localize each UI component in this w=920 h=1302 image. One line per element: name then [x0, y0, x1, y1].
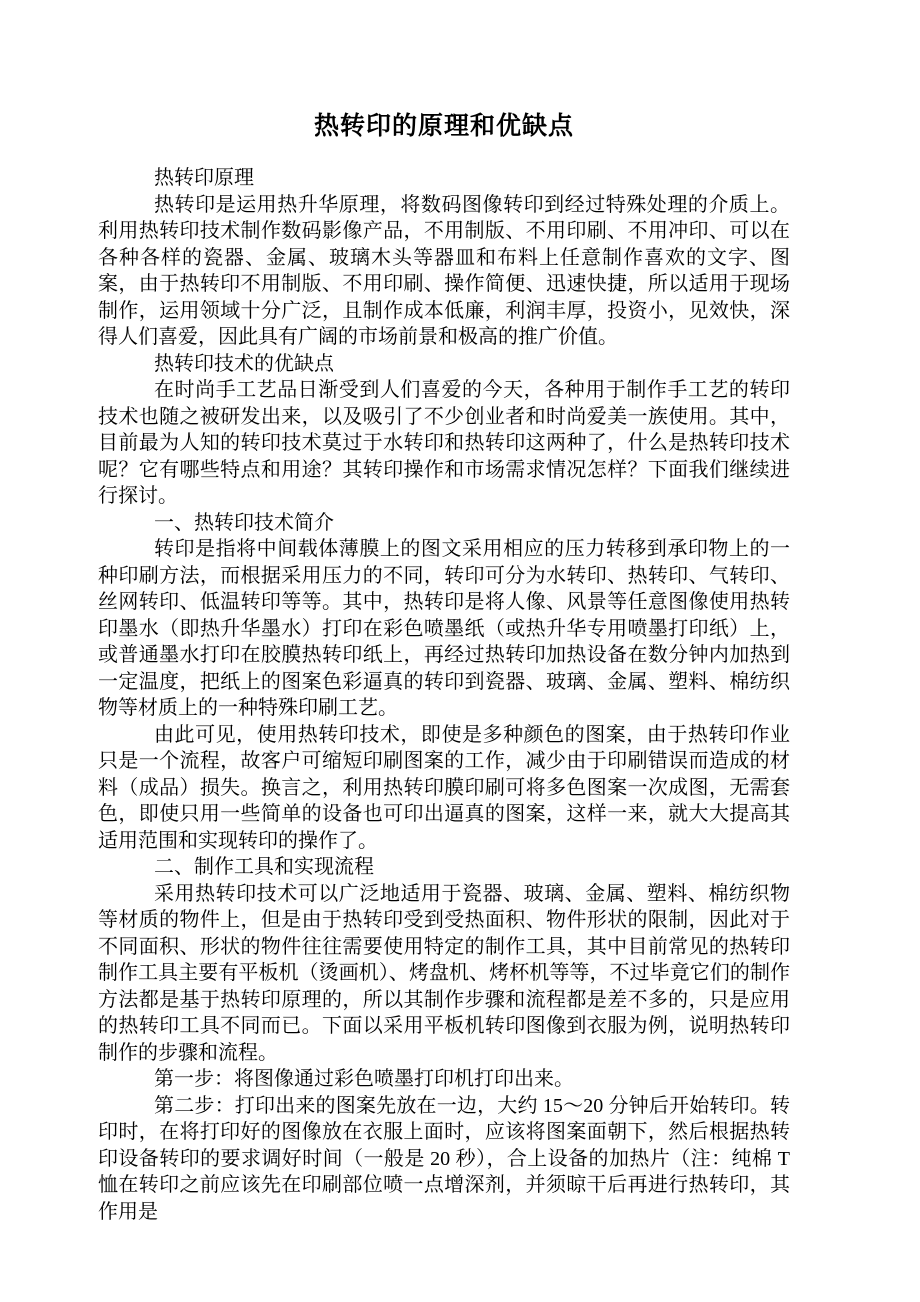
document-body: 热转印原理 热转印是运用热升华原理，将数码图像转印到经过特殊处理的介质上。利用热… [98, 165, 790, 1225]
paragraph-step: 第一步：将图像通过彩色喷墨打印机打印出来。 [98, 1066, 790, 1093]
paragraph: 由此可见，使用热转印技术，即使是多种颜色的图案，由于热转印作业只是一个流程，故客… [98, 722, 790, 855]
paragraph-heading: 热转印原理 [98, 165, 790, 192]
paragraph: 转印是指将中间载体薄膜上的图文采用相应的压力转移到承印物上的一种印刷方法，而根据… [98, 536, 790, 722]
paragraph: 在时尚手工艺品日渐受到人们喜爱的今天，各种用于制作手工艺的转印技术也随之被研发出… [98, 377, 790, 510]
paragraph-step: 第二步：打印出来的图案先放在一边，大约 15～20 分钟后开始转印。转印时，在将… [98, 1093, 790, 1226]
paragraph: 采用热转印技术可以广泛地适用于瓷器、玻璃、金属、塑料、棉纺织物等材质的物件上，但… [98, 881, 790, 1067]
paragraph-section-heading: 一、热转印技术简介 [98, 510, 790, 537]
document-title: 热转印的原理和优缺点 [98, 110, 790, 144]
document-content: 热转印的原理和优缺点 热转印原理 热转印是运用热升华原理，将数码图像转印到经过特… [98, 110, 790, 1225]
paragraph-section-heading: 二、制作工具和实现流程 [98, 854, 790, 881]
paragraph-heading: 热转印技术的优缺点 [98, 351, 790, 378]
paragraph: 热转印是运用热升华原理，将数码图像转印到经过特殊处理的介质上。利用热转印技术制作… [98, 192, 790, 351]
document-page: 热转印的原理和优缺点 热转印原理 热转印是运用热升华原理，将数码图像转印到经过特… [0, 0, 920, 1302]
